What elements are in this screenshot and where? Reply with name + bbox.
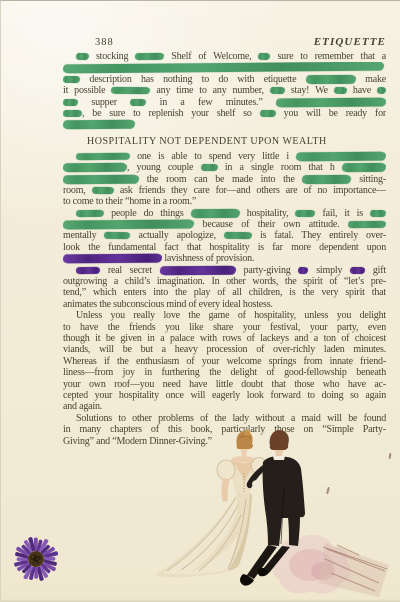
redaction-mark-green [260,110,276,117]
text-line: animates the subconscious mind of every … [63,299,386,310]
page-number: 388 [95,37,114,48]
text-line: Unless you really love the game of hospi… [63,310,386,321]
text-line: look the fundamental fact that hospitali… [63,242,386,253]
redaction-mark-green [63,110,82,117]
ink-speck [388,453,391,459]
linked-hands-glove [252,480,262,488]
text-line: to come to their “home in a room.” [63,196,386,207]
redaction-mark-green [63,120,135,130]
text-line: mentally actually apologize, is fatal. T… [63,230,386,241]
redaction-mark-purple [160,265,236,275]
text-line: viands, will be but a heavy procession o… [63,344,386,355]
redaction-mark-green [270,87,285,94]
text-line: lavishness of provision. [63,253,386,264]
redaction-mark-green [63,163,127,173]
text-line: though it be given in a palace with rows… [63,333,386,344]
redaction-mark-green [295,210,315,217]
text-line: one is able to spend very little i [63,151,386,162]
text-line: cepted your hospitality once will eagerl… [63,390,386,401]
redaction-mark-purple [76,267,100,274]
redaction-mark-green [76,152,130,159]
text-line: room, ask friends they care for—and othe… [63,185,386,196]
redaction-mark-green [306,75,356,84]
book-page: 388 ETIQUETTE stocking Shelf of Welcome,… [0,0,400,602]
redaction-mark-green [334,87,347,94]
redaction-mark-green [135,53,164,60]
groom-collar [273,456,285,460]
redaction-mark-green [63,174,139,184]
redaction-mark-green [370,210,386,217]
redaction-mark-green [76,210,104,217]
text-line: and again. [63,401,386,412]
running-title: ETIQUETTE [314,36,386,48]
redaction-mark-purple [63,254,162,264]
flower-petals [14,537,59,582]
text-line: description has nothing to do with etiqu… [63,74,386,85]
redaction-mark-green [130,98,146,105]
text-line: to have the friends you like share your … [63,322,386,333]
text-line: it possible any time to any number, stay… [63,85,386,96]
redaction-mark-green [63,62,384,73]
redaction-mark-green [201,164,218,171]
redaction-mark-green [342,163,386,172]
redaction-mark-green [104,232,130,239]
redaction-mark-green [258,53,270,60]
text-line: the room can be made into the sitting- [63,174,386,185]
text-line: your own roof—you need have little doubt… [63,379,386,390]
text-line [63,119,386,130]
text-block: stocking Shelf of Welcome, sure to remem… [63,51,386,447]
text-line: , be sure to replenish your shelf so you… [63,108,386,119]
text-line: Solutions to other problems of the lady … [63,413,386,424]
text-line: tend,” which enters into the play of all… [63,287,386,298]
redaction-mark-green [63,98,78,105]
text-line: outgrowing a child’s imagination. In oth… [63,276,386,287]
redaction-mark-green [63,76,80,83]
redaction-mark-purple [350,267,365,274]
redaction-mark-green [302,174,351,183]
section-heading: HOSPITALITY NOT DEPENDENT UPON WEALTH [87,135,386,148]
redaction-mark-green [296,151,386,161]
text-line: supper in a few minutes.” [63,97,386,108]
redaction-mark-green [111,87,150,94]
text-line: real secret party-giving simply gift [63,265,386,276]
groom-hair [270,430,289,450]
redaction-mark-green [276,97,386,107]
text-line: Whereas if the enthusiasm of your welcom… [63,356,386,367]
text-line: stocking Shelf of Welcome, sure to remem… [63,51,386,62]
wedding-couple-illustration [151,429,316,601]
text-line: people do things hospitality, fail, it i… [63,208,386,219]
ink-speck [326,487,330,494]
flower-center [28,551,44,567]
text-line: , young couple in a single room that h [63,162,386,173]
redaction-mark-purple [298,267,308,274]
bride-figure [155,430,267,578]
redaction-mark-green [191,208,240,217]
redaction-mark-green [348,221,386,228]
redaction-mark-green [224,232,252,239]
text-line: liness—from joy in furthering the deligh… [63,367,386,378]
page-header: 388 ETIQUETTE [63,36,386,48]
text-line [63,62,386,73]
text-line: because of their own attitude. [63,219,386,230]
purple-flower-illustration [12,534,60,582]
redaction-mark-green [63,220,194,230]
redaction-mark-green [377,87,386,94]
groom-coat [263,456,305,546]
redaction-mark-green [76,53,89,60]
bride-arm [222,478,231,502]
redaction-mark-green [92,187,114,194]
bride-puff-sleeve-left [217,460,235,480]
bride-neck [241,450,247,457]
bride-hair-bun [244,430,250,436]
